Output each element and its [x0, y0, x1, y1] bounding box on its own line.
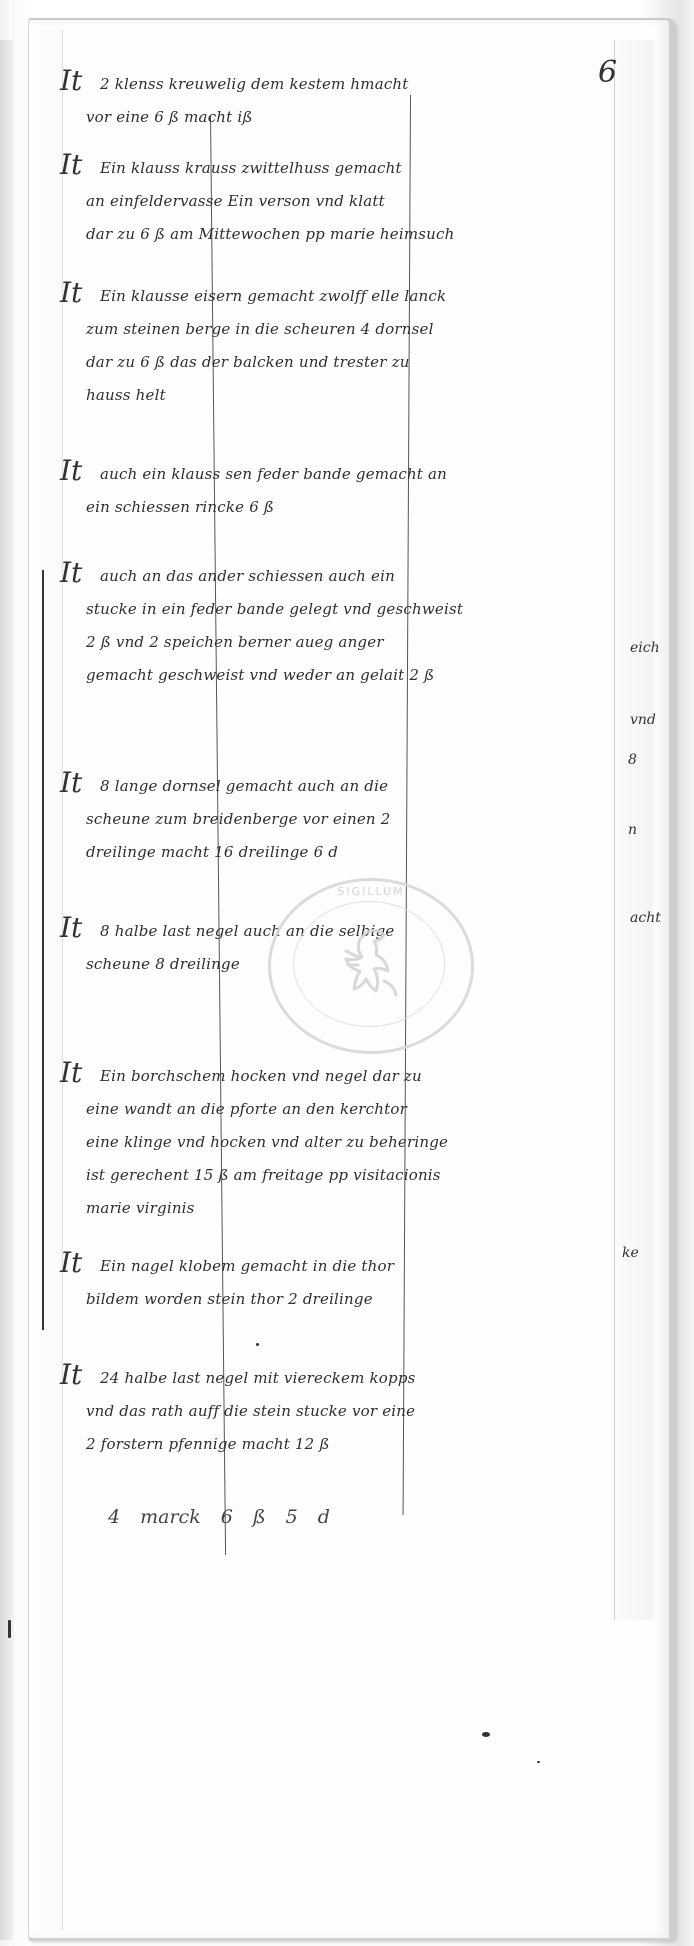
- item-marker: It: [60, 911, 82, 944]
- item-marker: It: [60, 1056, 82, 1089]
- ledger-entry: It Ein klausse eisern gemacht zwolff ell…: [60, 280, 620, 412]
- seal-text-top: SIGILLUM: [271, 885, 471, 898]
- entry-line: ein schiessen rincke 6 ß: [86, 491, 620, 524]
- ledger-entry: It Ein borchschem hocken vnd negel dar z…: [60, 1060, 620, 1225]
- lion-rampant-icon: [326, 921, 416, 1011]
- entry-line: Ein borchschem hocken vnd negel dar zu: [100, 1060, 620, 1093]
- ink-spot: [482, 1732, 490, 1737]
- item-marker: It: [60, 766, 82, 799]
- entry-line: eine wandt an die pforte an den kerchtor: [86, 1093, 620, 1126]
- entry-line: Ein nagel klobem gemacht in die thor: [100, 1250, 620, 1283]
- entry-line: scheune zum breidenberge vor einen 2: [86, 803, 620, 836]
- entry-line: bildem worden stein thor 2 dreilinge: [86, 1283, 620, 1316]
- ledger-entry: It auch an das ander schiessen auch ein …: [60, 560, 620, 692]
- entry-line: marie virginis: [86, 1192, 620, 1225]
- binding-strip: [0, 40, 14, 1940]
- ledger-entry: It Ein nagel klobem gemacht in die thor …: [60, 1250, 620, 1316]
- entry-line: 2 klenss kreuwelig dem kestem hmacht: [100, 68, 620, 101]
- entry-line: 8 lange dornsel gemacht auch an die: [100, 770, 620, 803]
- ink-spot: [537, 1761, 540, 1763]
- left-margin-line: [42, 570, 44, 1330]
- ledger-entry: It 2 klenss kreuwelig dem kestem hmacht …: [60, 68, 620, 134]
- ink-mark: [8, 1620, 11, 1638]
- entry-line: eine klinge vnd hocken vnd alter zu behe…: [86, 1126, 620, 1159]
- entry-line: vor eine 6 ß macht iß: [86, 101, 620, 134]
- margin-note: vnd: [630, 712, 656, 728]
- entry-line: auch ein klauss sen feder bande gemacht …: [100, 458, 620, 491]
- margin-note: eich: [630, 640, 660, 656]
- margin-note: 8: [628, 752, 637, 768]
- entry-line: hauss helt: [86, 379, 620, 412]
- ledger-entry: It Ein klauss krauss zwittelhuss gemacht…: [60, 152, 620, 251]
- entry-line: an einfeldervasse Ein verson vnd klatt: [86, 185, 620, 218]
- item-marker: It: [60, 1246, 82, 1279]
- entry-line: auch an das ander schiessen auch ein: [100, 560, 620, 593]
- item-marker: It: [60, 64, 82, 97]
- entry-line: 2 ß vnd 2 speichen berner aueg anger: [86, 626, 620, 659]
- item-marker: It: [60, 556, 82, 589]
- entry-line: dreilinge macht 16 dreilinge 6 d: [86, 836, 620, 869]
- item-marker: It: [60, 148, 82, 181]
- entry-line: 2 forstern pfennige macht 12 ß: [86, 1428, 620, 1461]
- item-marker: It: [60, 1358, 82, 1391]
- entry-line: Ein klauss krauss zwittelhuss gemacht: [100, 152, 620, 185]
- entry-line: stucke in ein feder bande gelegt vnd ges…: [86, 593, 620, 626]
- entry-line: gemacht geschweist vnd weder an gelait 2…: [86, 659, 620, 692]
- entry-line: ist gerechent 15 ß am freitage pp visita…: [86, 1159, 620, 1192]
- entry-line: 24 halbe last negel mit viereckem kopps: [100, 1362, 620, 1395]
- margin-note: ke: [622, 1245, 639, 1261]
- entry-line: vnd das rath auff die stein stucke vor e…: [86, 1395, 620, 1428]
- entry-line: Ein klausse eisern gemacht zwolff elle l…: [100, 280, 620, 313]
- entry-line: dar zu 6 ß am Mittewochen pp marie heims…: [86, 218, 620, 251]
- ledger-entry: It 8 lange dornsel gemacht auch an die s…: [60, 770, 620, 869]
- ledger-entry: It 24 halbe last negel mit viereckem kop…: [60, 1362, 620, 1461]
- ink-spot: [256, 1343, 259, 1346]
- entry-line: zum steinen berge in die scheuren 4 dorn…: [86, 313, 620, 346]
- margin-note: n: [628, 822, 637, 838]
- ledger-entry: It auch ein klauss sen feder bande gemac…: [60, 458, 620, 524]
- margin-note: acht: [630, 910, 661, 926]
- page-total: 4 marck 6 ß 5 d: [108, 1506, 330, 1528]
- entry-line: dar zu 6 ß das der balcken und trester z…: [86, 346, 620, 379]
- archive-seal-stamp: SIGILLUM: [268, 878, 474, 1054]
- item-marker: It: [60, 276, 82, 309]
- item-marker: It: [60, 454, 82, 487]
